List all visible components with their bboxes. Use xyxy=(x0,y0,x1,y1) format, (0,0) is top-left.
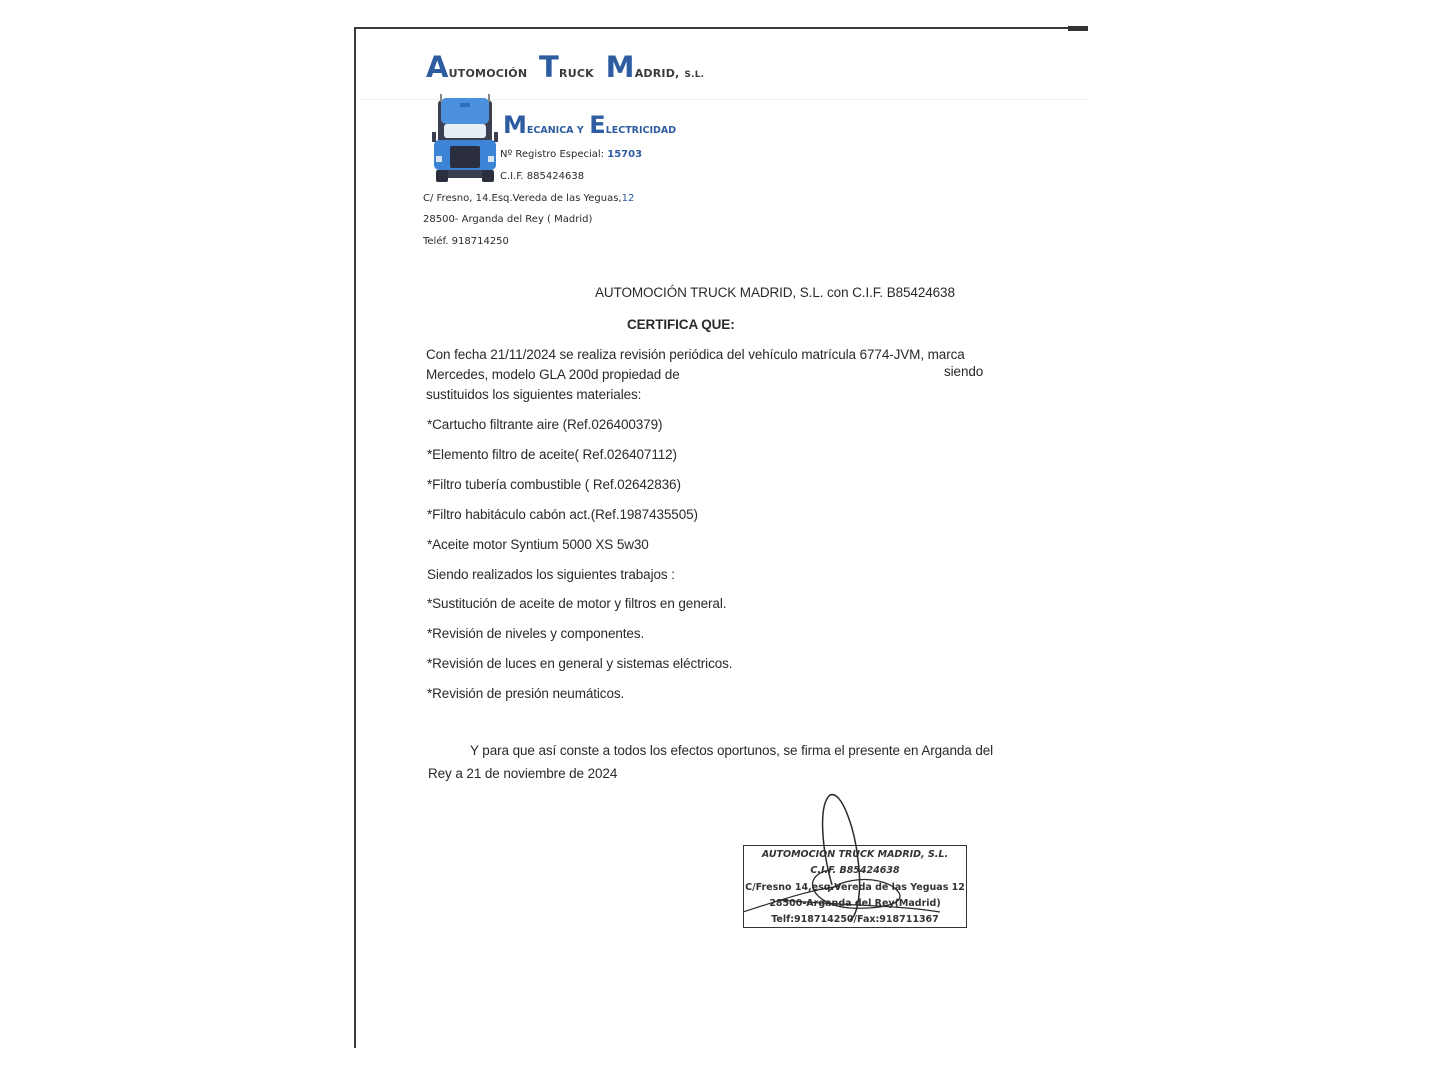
work-item: *Revisión de niveles y componentes. xyxy=(427,626,644,641)
intro-line-3: sustituidos los siguientes materiales: xyxy=(426,387,641,402)
company-stamp: AUTOMOCION TRUCK MADRID, S.L. C.I.F. B85… xyxy=(743,845,967,928)
logo-word-2: TRUCK xyxy=(539,62,594,81)
truck-icon xyxy=(430,94,500,186)
closing-line-1: Y para que así conste a todos los efecto… xyxy=(470,743,993,758)
material-item: *Elemento filtro de aceite( Ref.02640711… xyxy=(427,447,677,462)
page-top-border xyxy=(355,27,1088,29)
work-item: *Revisión de presión neumáticos. xyxy=(427,686,624,701)
material-item: *Aceite motor Syntium 5000 XS 5w30 xyxy=(427,537,649,552)
material-item: *Filtro tubería combustible ( Ref.026428… xyxy=(427,477,681,492)
letterhead-address: C/ Fresno, 14.Esq.Vereda de las Yeguas,1… xyxy=(423,193,634,204)
page-left-border xyxy=(354,27,356,1048)
intro-line-2-end: siendo xyxy=(944,364,983,379)
material-item: *Filtro habitáculo cabón act.(Ref.198743… xyxy=(427,507,698,522)
registro-especial: Nº Registro Especial: 15703 xyxy=(500,149,642,160)
stamp-company: AUTOMOCION TRUCK MADRID, S.L. xyxy=(744,849,966,860)
intro-line-1: Con fecha 21/11/2024 se realiza revisión… xyxy=(426,347,965,362)
intro-line-2: Mercedes, modelo GLA 200d propiedad de xyxy=(426,367,680,382)
letterhead-phone: Teléf. 918714250 xyxy=(423,236,509,247)
stamp-city: 28500-Arganda del Rey(Madrid) xyxy=(744,898,966,909)
work-item: *Revisión de luces en general y sistemas… xyxy=(427,656,732,671)
certificate-title: CERTIFICA QUE: xyxy=(627,317,735,332)
logo-word-1: AUTOMOCIÓN xyxy=(426,62,527,81)
works-heading: Siendo realizados los siguientes trabajo… xyxy=(427,567,675,582)
closing-line-2: Rey a 21 de noviembre de 2024 xyxy=(428,766,617,781)
page-corner-mark xyxy=(1068,26,1088,31)
logo-suffix: S.L. xyxy=(684,70,704,80)
company-logo-title: AUTOMOCIÓN TRUCK MADRID,S.L. xyxy=(426,50,704,84)
logo-word-3: MADRID, xyxy=(606,62,680,81)
certifying-company: AUTOMOCIÓN TRUCK MADRID, S.L. con C.I.F.… xyxy=(595,285,955,300)
company-subtitle: MECANICA Y ELECTRICIDAD xyxy=(503,111,676,139)
letterhead-cif: C.I.F. 885424638 xyxy=(500,171,584,182)
stamp-cif: C.I.F. B85424638 xyxy=(744,865,966,876)
stamp-phone-fax: Telf:918714250/Fax:918711367 xyxy=(744,914,966,925)
material-item: *Cartucho filtrante aire (Ref.026400379) xyxy=(427,417,662,432)
letterhead-city: 28500- Arganda del Rey ( Madrid) xyxy=(423,214,592,225)
stamp-address: C/Fresno 14,esq.Vereda de las Yeguas 12 xyxy=(744,882,966,893)
work-item: *Sustitución de aceite de motor y filtro… xyxy=(427,596,726,611)
